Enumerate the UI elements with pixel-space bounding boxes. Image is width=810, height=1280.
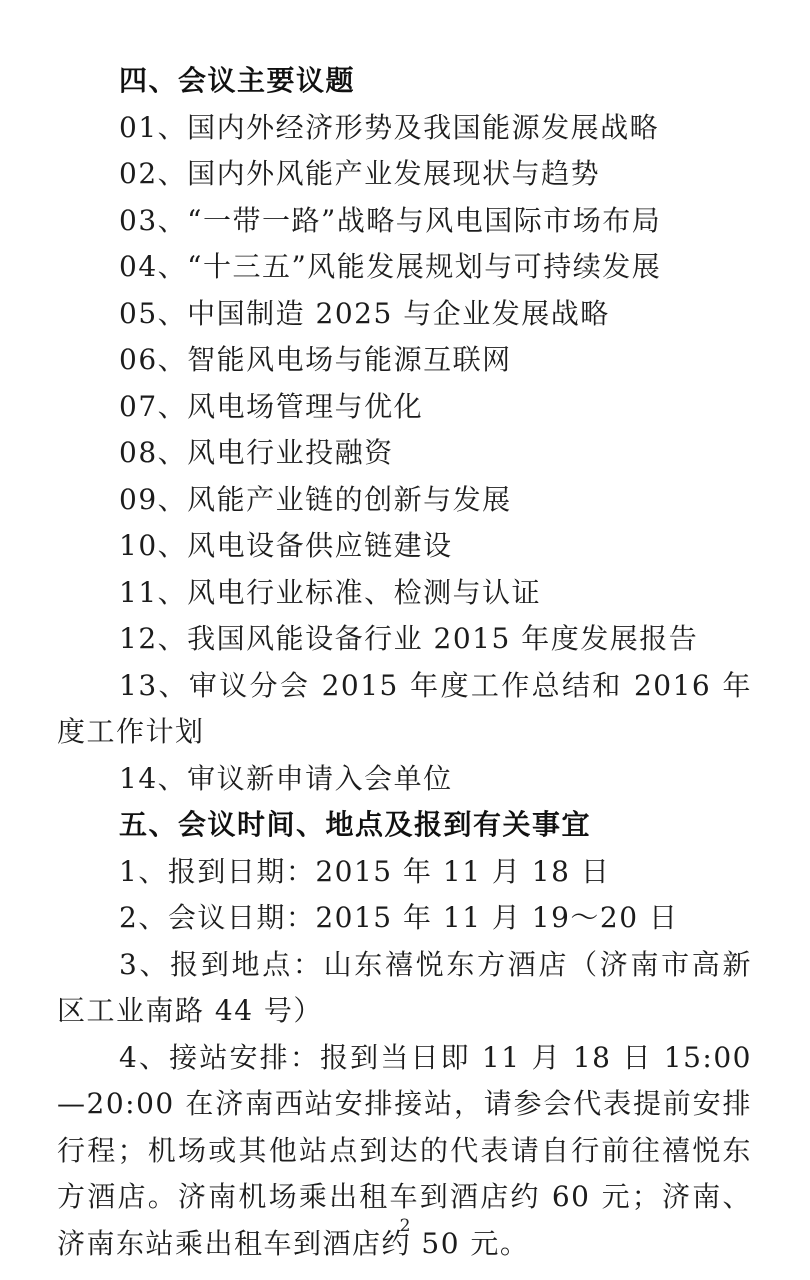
registration-place-item: 3、报到地点：山东禧悦东方酒店（济南市高新区工业南路 44 号） bbox=[57, 942, 752, 1035]
agenda-item-12: 12、我国风能设备行业 2015 年度发展报告 bbox=[57, 616, 752, 663]
page-number: 2 bbox=[0, 1216, 810, 1236]
registration-date-item: 1、报到日期：2015 年 11 月 18 日 bbox=[57, 849, 752, 896]
agenda-item-10: 10、风电设备供应链建设 bbox=[57, 523, 752, 570]
document-page: 四、会议主要议题 01、国内外经济形势及我国能源发展战略 02、国内外风能产业发… bbox=[0, 0, 810, 1280]
agenda-item-02: 02、国内外风能产业发展现状与趋势 bbox=[57, 151, 752, 198]
document-body: 四、会议主要议题 01、国内外经济形势及我国能源发展战略 02、国内外风能产业发… bbox=[57, 58, 752, 1267]
section-heading-main-topics: 四、会议主要议题 bbox=[57, 58, 752, 105]
agenda-item-08: 08、风电行业投融资 bbox=[57, 430, 752, 477]
agenda-item-04: 04、“十三五”风能发展规划与可持续发展 bbox=[57, 244, 752, 291]
agenda-item-01: 01、国内外经济形势及我国能源发展战略 bbox=[57, 105, 752, 152]
meeting-date-item: 2、会议日期：2015 年 11 月 19～20 日 bbox=[57, 895, 752, 942]
agenda-item-06: 06、智能风电场与能源互联网 bbox=[57, 337, 752, 384]
section-heading-time-place: 五、会议时间、地点及报到有关事宜 bbox=[57, 802, 752, 849]
agenda-item-13: 13、审议分会 2015 年度工作总结和 2016 年度工作计划 bbox=[57, 663, 752, 756]
agenda-item-09: 09、风能产业链的创新与发展 bbox=[57, 477, 752, 524]
agenda-item-11: 11、风电行业标准、检测与认证 bbox=[57, 570, 752, 617]
agenda-item-07: 07、风电场管理与优化 bbox=[57, 384, 752, 431]
agenda-item-05: 05、中国制造 2025 与企业发展战略 bbox=[57, 291, 752, 338]
agenda-item-14: 14、审议新申请入会单位 bbox=[57, 756, 752, 803]
agenda-item-03: 03、“一带一路”战略与风电国际市场布局 bbox=[57, 198, 752, 245]
